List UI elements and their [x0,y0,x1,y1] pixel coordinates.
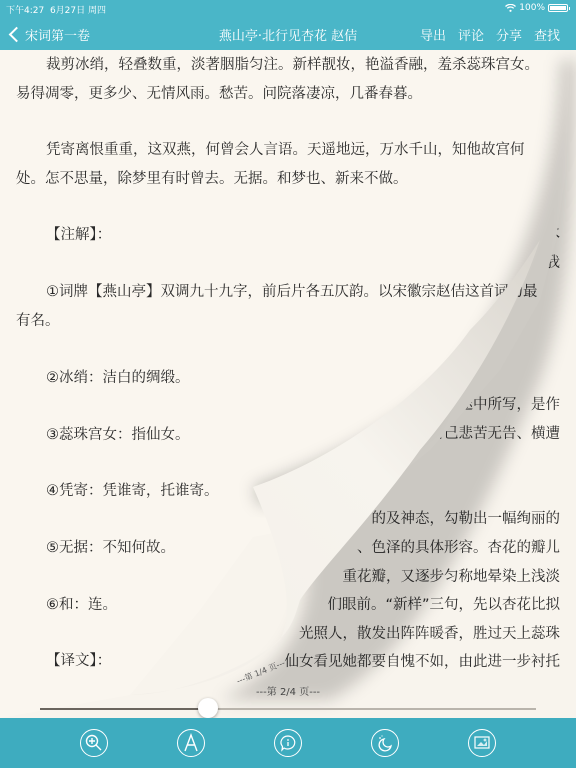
poem-line: 处。怎不思量，除梦里有时曾去。无据。和梦也、新来不做。 [16,165,408,194]
header: 下午4:27 6月27日 周四 100% 宋词第一卷 燕山亭·北行见杏花 赵佶 … [0,0,576,50]
note-line: ④凭寄：凭谁寄，托谁寄。 [46,477,219,506]
under-line: 仙女看见她都要自愧不如，由此进一步衬托 [285,648,561,677]
slider-thumb[interactable] [198,698,218,718]
nav-actions: 导出 评论 分享 查找 [420,25,560,44]
page-slider[interactable] [40,708,536,710]
under-line: 的及神态，勾勒出一幅绚丽的 [372,505,561,534]
translation-heading: 【译文】： [46,647,111,676]
background-button[interactable] [468,729,496,757]
share-button[interactable]: 分享 [496,25,522,44]
note-line: ②冰绡：洁白的绸缎。 [46,364,190,393]
page-indicator: ---第 2/4 页--- [0,683,576,698]
night-mode-icon [376,734,394,752]
status-date: 6月27日 周四 [50,6,106,16]
chevron-left-icon [9,27,25,43]
note-line: 有名。 [16,307,60,336]
status-right: 100% [505,3,568,13]
wifi-icon [505,4,516,12]
search-button[interactable]: 查找 [534,25,560,44]
battery-icon [548,4,568,12]
status-time-date: 下午4:27 6月27日 周四 [6,3,106,16]
comment-button[interactable]: 评论 [458,25,484,44]
under-line: 们眼前。“新样”三句，先以杏花比拟 [327,591,560,620]
under-line: 重花瓣，又逐步匀称地晕染上浅淡 [343,563,561,592]
info-comment-icon [279,734,297,752]
font-button[interactable] [177,729,205,757]
slider-fill [40,708,208,710]
zoom-in-button[interactable] [80,729,108,757]
note-line: ⑤无据：不知何故。 [46,534,175,563]
back-label: 宋词第一卷 [25,25,90,44]
battery-percent: 100% [519,3,545,13]
bottom-toolbar [0,718,576,768]
under-line: 、色泽的具体形容。杏花的瓣儿 [357,534,560,563]
note-line: ①词牌【燕山亭】双调九十九字，前后片各五仄韵。以宋徽宗赵佶这首词为最 [46,278,538,307]
background-image-icon [473,735,491,751]
note-line: ⑥和：连。 [46,591,117,620]
notes-heading: 【注解】： [46,221,111,250]
night-mode-button[interactable] [371,729,399,757]
info-button[interactable] [274,729,302,757]
poem-line: 易得凋零，更多少、无情风雨。愁苦。问院落凄凉，几番春暮。 [16,80,422,109]
zoom-in-icon [84,733,104,753]
font-icon [182,733,200,753]
under-line: 光照人，散发出阵阵暖香，胜过天上蕊珠 [299,620,560,649]
nav-bar: 宋词第一卷 燕山亭·北行见杏花 赵佶 导出 评论 分享 查找 [0,17,576,50]
poem-line: 裁剪冰绡，轻叠数重，淡著胭脂匀注。新样靓妆，艳溢香融，羞杀蕊珠宫女。 [46,51,539,80]
status-bar: 下午4:27 6月27日 周四 100% [0,0,576,17]
poem-line: 凭寄离恨重重，这双燕，何曾会人言语。天遥地远，万水千山，知他故宫何 [46,136,525,165]
note-line: ③蕊珠宫女：指仙女。 [46,421,190,450]
status-time: 下午4:27 [6,6,44,16]
back-button[interactable]: 宋词第一卷 [8,25,90,44]
export-button[interactable]: 导出 [420,25,446,44]
